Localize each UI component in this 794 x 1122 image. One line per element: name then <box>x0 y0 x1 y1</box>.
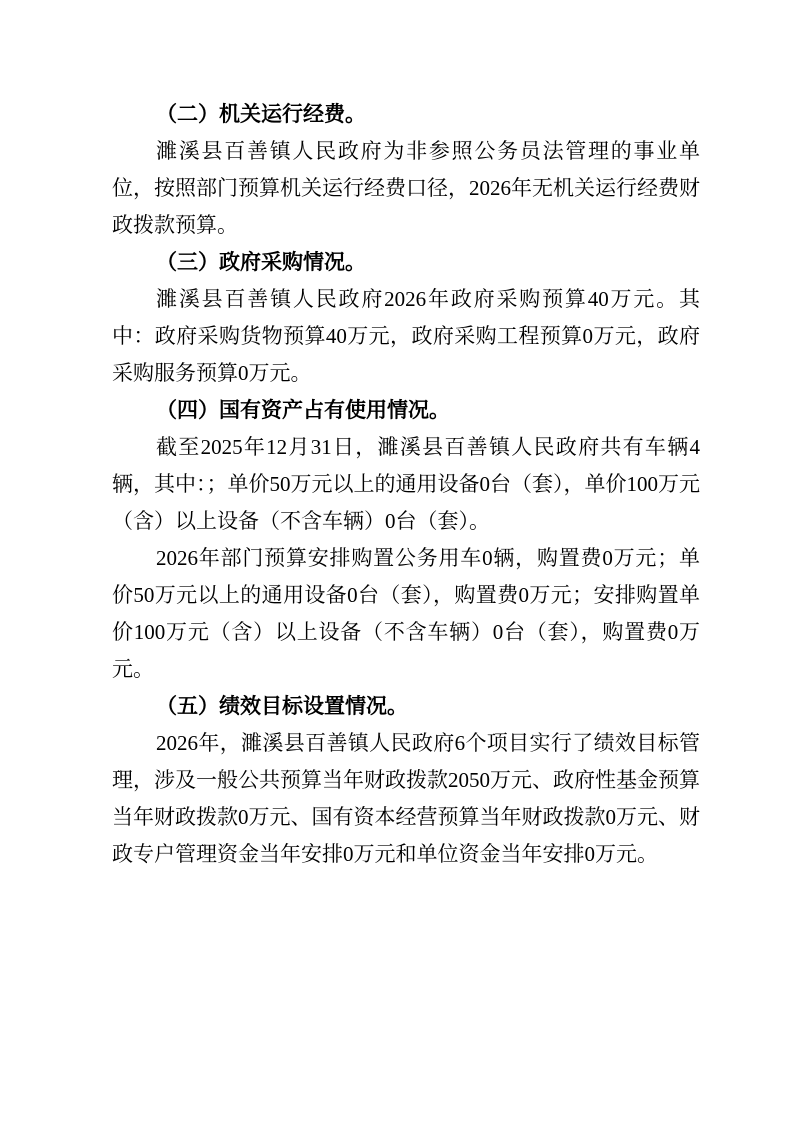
document-content: （二）机关运行经费。 濉溪县百善镇人民政府为非参照公务员法管理的事业单位，按照部… <box>112 96 700 873</box>
section-heading-government-procurement: （三）政府采购情况。 <box>112 244 700 281</box>
paragraph-government-procurement: 濉溪县百善镇人民政府2026年政府采购预算40万元。其中：政府采购货物预算40万… <box>112 281 700 392</box>
paragraph-state-owned-assets-current: 截至2025年12月31日，濉溪县百善镇人民政府共有车辆4辆，其中：；单价50万… <box>112 429 700 540</box>
section-heading-state-owned-assets: （四）国有资产占有使用情况。 <box>112 392 700 429</box>
section-heading-agency-operating-funds: （二）机关运行经费。 <box>112 96 700 133</box>
section-heading-performance-targets: （五）绩效目标设置情况。 <box>112 688 700 725</box>
paragraph-state-owned-assets-planned-purchases: 2026年部门预算安排购置公务用车0辆，购置费0万元；单价50万元以上的通用设备… <box>112 540 700 688</box>
document-page: （二）机关运行经费。 濉溪县百善镇人民政府为非参照公务员法管理的事业单位，按照部… <box>0 0 794 1122</box>
paragraph-agency-operating-funds: 濉溪县百善镇人民政府为非参照公务员法管理的事业单位，按照部门预算机关运行经费口径… <box>112 133 700 244</box>
paragraph-performance-targets: 2026年，濉溪县百善镇人民政府6个项目实行了绩效目标管理，涉及一般公共预算当年… <box>112 725 700 873</box>
